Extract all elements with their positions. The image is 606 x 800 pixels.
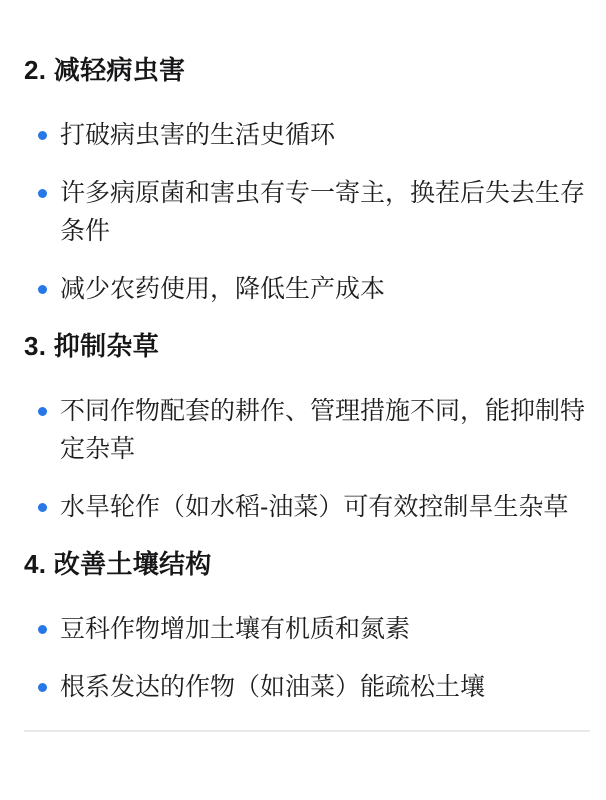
bullet-icon (38, 285, 47, 294)
bullet-icon (38, 407, 47, 416)
list-item: 减少农药使用，降低生产成本 (24, 270, 590, 308)
document-body: 2. 减轻病虫害 打破病虫害的生活史循环 许多病原菌和害虫有专一寄主，换茬后失去… (0, 0, 606, 800)
bullet-icon (38, 625, 47, 634)
bullet-icon (38, 189, 47, 198)
bullet-icon (38, 503, 47, 512)
bullet-icon (38, 683, 47, 692)
section-weed-suppression: 3. 抑制杂草 不同作物配套的耕作、管理措施不同，能抑制特 定杂草 水旱轮作（如… (24, 328, 590, 526)
list-item-line: 减少农药使用，降低生产成本 (60, 270, 590, 308)
section-soil-improvement: 4. 改善土壤结构 豆科作物增加土壤有机质和氮素 根系发达的作物（如油菜）能疏松… (24, 546, 590, 706)
list-item: 不同作物配套的耕作、管理措施不同，能抑制特 定杂草 (24, 392, 590, 468)
list-item-line: 水旱轮作（如水稻-油菜）可有效控制旱生杂草 (60, 488, 590, 526)
list-item: 许多病原菌和害虫有专一寄主，换茬后失去生存 条件 (24, 174, 590, 250)
divider (24, 730, 590, 732)
section-heading: 4. 改善土壤结构 (24, 546, 590, 582)
section-heading: 3. 抑制杂草 (24, 328, 590, 364)
section-pest-reduction: 2. 减轻病虫害 打破病虫害的生活史循环 许多病原菌和害虫有专一寄主，换茬后失去… (24, 52, 590, 308)
list-item: 根系发达的作物（如油菜）能疏松土壤 (24, 668, 590, 706)
list-item-line: 许多病原菌和害虫有专一寄主，换茬后失去生存 (60, 174, 590, 212)
bullet-list: 打破病虫害的生活史循环 许多病原菌和害虫有专一寄主，换茬后失去生存 条件 减少农… (24, 116, 590, 308)
list-item-line: 根系发达的作物（如油菜）能疏松土壤 (60, 668, 590, 706)
list-item-line: 不同作物配套的耕作、管理措施不同，能抑制特 (60, 392, 590, 430)
list-item-line: 豆科作物增加土壤有机质和氮素 (60, 610, 590, 648)
bullet-icon (38, 131, 47, 140)
section-heading: 2. 减轻病虫害 (24, 52, 590, 88)
list-item-line: 打破病虫害的生活史循环 (60, 116, 590, 154)
list-item-line: 定杂草 (60, 430, 590, 468)
list-item-line: 条件 (60, 212, 590, 250)
bullet-list: 不同作物配套的耕作、管理措施不同，能抑制特 定杂草 水旱轮作（如水稻-油菜）可有… (24, 392, 590, 526)
list-item: 水旱轮作（如水稻-油菜）可有效控制旱生杂草 (24, 488, 590, 526)
list-item: 豆科作物增加土壤有机质和氮素 (24, 610, 590, 648)
bullet-list: 豆科作物增加土壤有机质和氮素 根系发达的作物（如油菜）能疏松土壤 (24, 610, 590, 706)
list-item: 打破病虫害的生活史循环 (24, 116, 590, 154)
